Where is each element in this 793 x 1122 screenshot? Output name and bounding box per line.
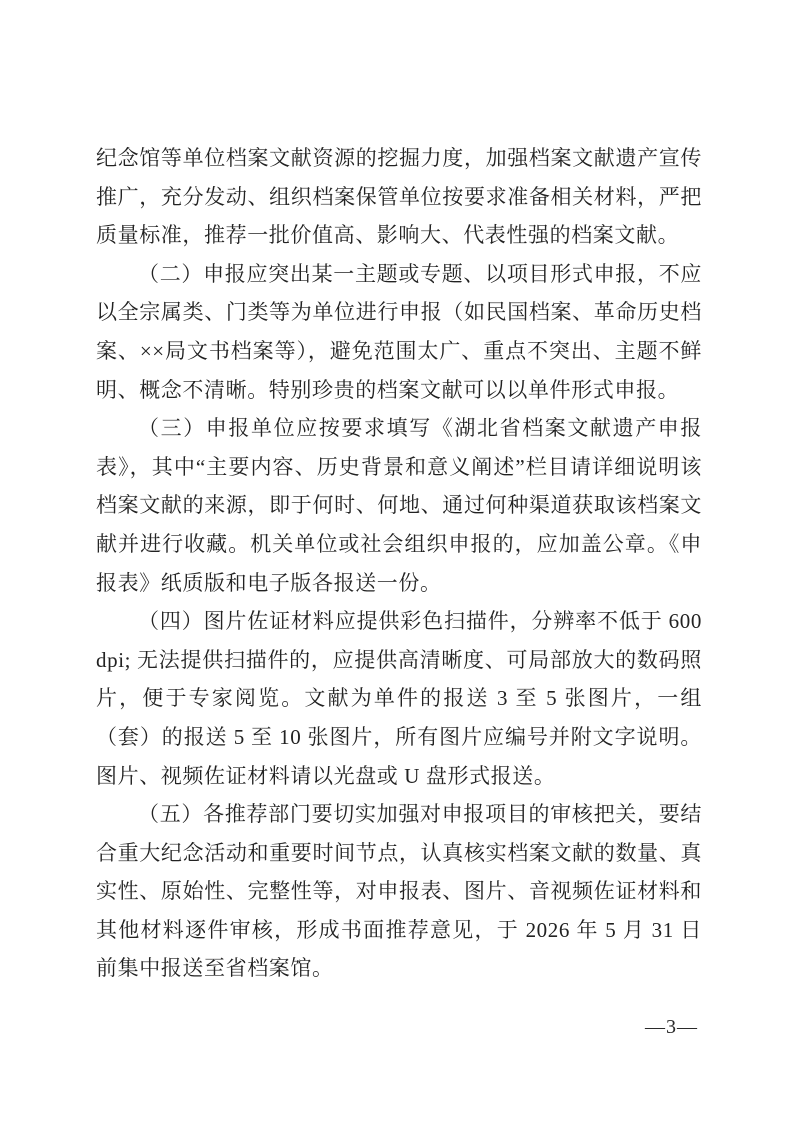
page-number: —3— <box>645 1016 698 1039</box>
paragraph: （二）申报应突出某一主题或专题、以项目形式申报，不应以全宗属类、门类等为单位进行… <box>96 255 702 409</box>
paragraph: （三）申报单位应按要求填写《湖北省档案文献遗产申报表》，其中“主要内容、历史背景… <box>96 409 702 602</box>
paragraph: 纪念馆等单位档案文献资源的挖掘力度，加强档案文献遗产宣传推广，充分发动、组织档案… <box>96 139 702 255</box>
paragraph: （五）各推荐部门要切实加强对申报项目的审核把关，要结合重大纪念活动和重要时间节点… <box>96 795 702 988</box>
document-body: 纪念馆等单位档案文献资源的挖掘力度，加强档案文献遗产宣传推广，充分发动、组织档案… <box>96 139 702 988</box>
paragraph: （四）图片佐证材料应提供彩色扫描件，分辨率不低于 600dpi; 无法提供扫描件… <box>96 602 702 795</box>
document-page: 纪念馆等单位档案文献资源的挖掘力度，加强档案文献遗产宣传推广，充分发动、组织档案… <box>0 0 793 1122</box>
